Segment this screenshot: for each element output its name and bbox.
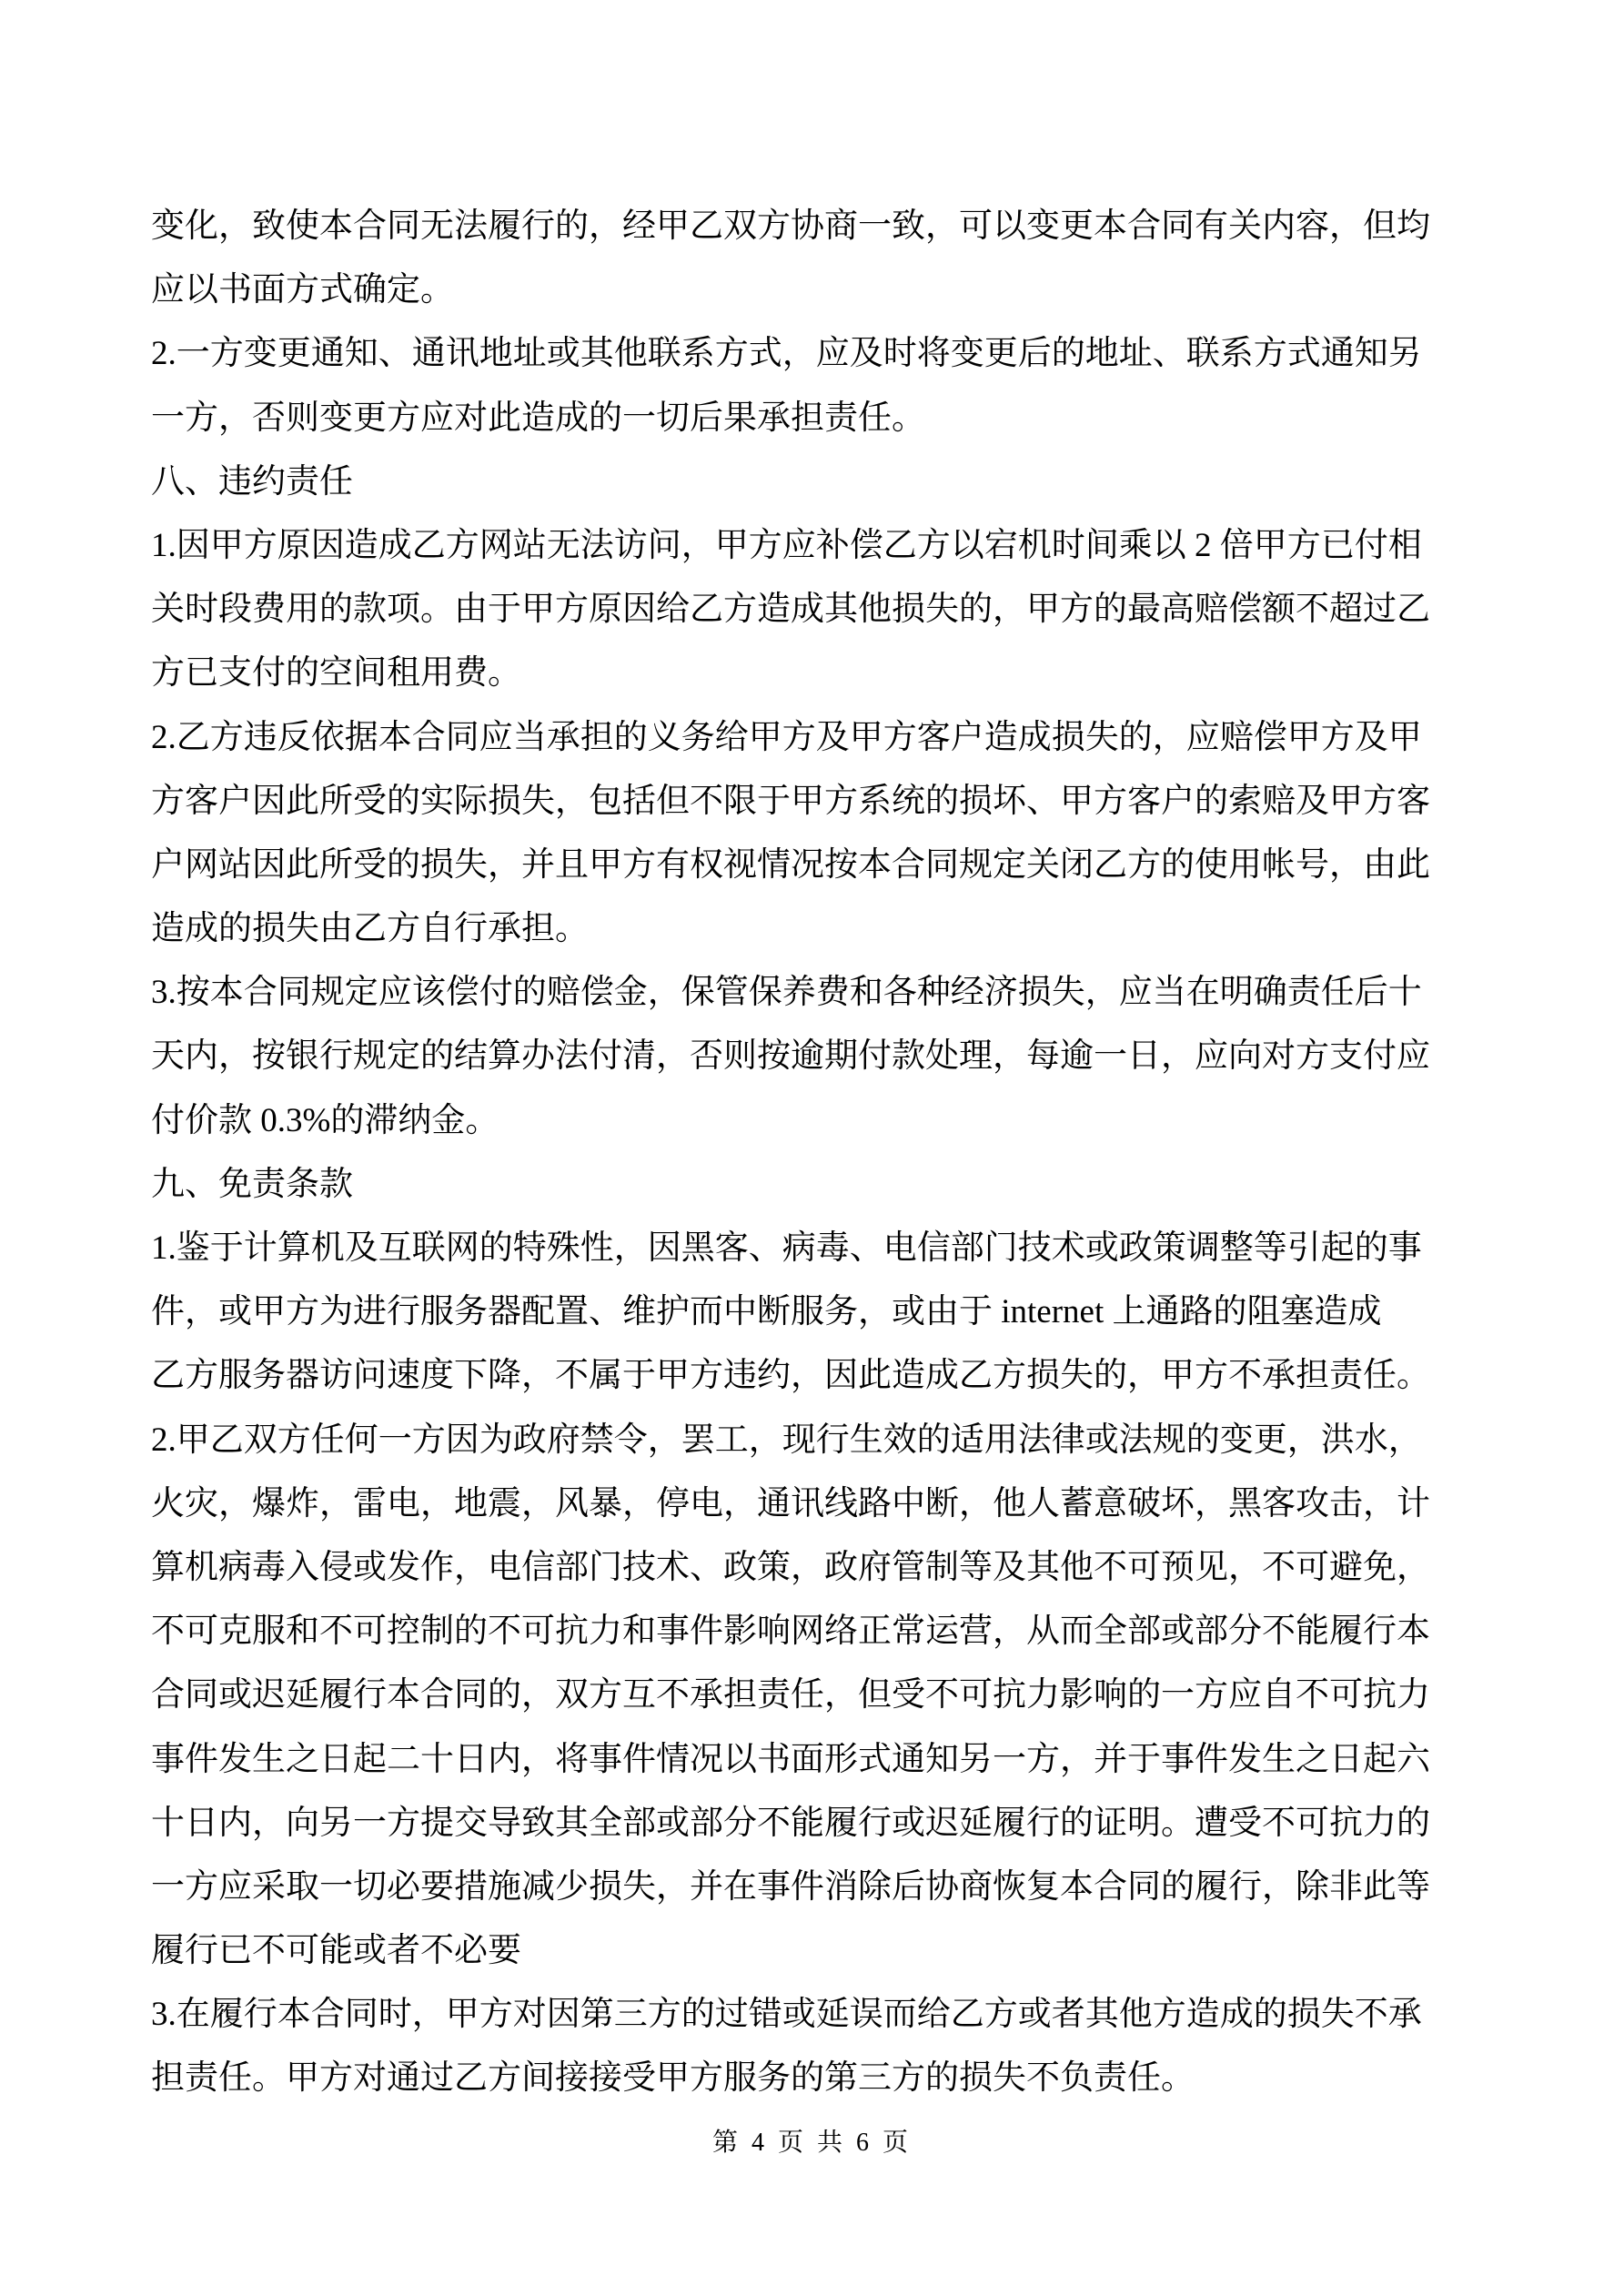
section-heading-breach-liability: 八、违约责任 (151, 450, 1516, 514)
text-line: 付价款 0.3%的滞纳金。 (151, 1089, 1516, 1153)
text-line: 天内，按银行规定的结算办法付清，否则按逾期付款处理，每逾一日，应向对方支付应 (151, 1025, 1516, 1088)
text-line: 十日内，向另一方提交导致其全部或部分不能履行或迟延履行的证明。遭受不可抗力的 (151, 1792, 1516, 1856)
contract-body: 变化，致使本合同无法履行的，经甲乙双方协商一致，可以变更本合同有关内容，但均 应… (151, 195, 1516, 2111)
text-line: 应以书面方式确定。 (151, 258, 1516, 322)
text-line: 件，或甲方为进行服务器配置、维护而中断服务，或由于 internet 上通路的阻… (151, 1280, 1516, 1344)
text-line: 2.一方变更通知、通讯地址或其他联系方式，应及时将变更后的地址、联系方式通知另 (151, 322, 1516, 386)
section-heading-disclaimer: 九、免责条款 (151, 1153, 1516, 1217)
text-line: 方客户因此所受的实际损失，包括但不限于甲方系统的损坏、甲方客户的索赔及甲方客 (151, 770, 1516, 834)
text-line: 户网站因此所受的损失，并且甲方有权视情况按本合同规定关闭乙方的使用帐号，由此 (151, 834, 1516, 897)
text-line: 事件发生之日起二十日内，将事件情况以书面形式通知另一方，并于事件发生之日起六 (151, 1728, 1516, 1792)
contract-page: 变化，致使本合同无法履行的，经甲乙双方协商一致，可以变更本合同有关内容，但均 应… (0, 0, 1624, 2296)
text-line: 2.乙方违反依据本合同应当承担的义务给甲方及甲方客户造成损失的，应赔偿甲方及甲 (151, 706, 1516, 770)
text-line: 算机病毒入侵或发作，电信部门技术、政策，政府管制等及其他不可预见，不可避免， (151, 1536, 1516, 1600)
text-line: 不可克服和不可控制的不可抗力和事件影响网络正常运营，从而全部或部分不能履行本 (151, 1600, 1516, 1664)
text-line: 造成的损失由乙方自行承担。 (151, 897, 1516, 961)
text-line: 1.因甲方原因造成乙方网站无法访问，甲方应补偿乙方以宕机时间乘以 2 倍甲方已付… (151, 514, 1516, 578)
text-line: 2.甲乙双方任何一方因为政府禁令，罢工，现行生效的适用法律或法规的变更，洪水， (151, 1409, 1516, 1472)
page-footer: 第 4 页 共 6 页 (0, 2122, 1624, 2159)
text-line: 合同或迟延履行本合同的，双方互不承担责任，但受不可抗力影响的一方应自不可抗力 (151, 1664, 1516, 1727)
text-line: 一方应采取一切必要措施减少损失，并在事件消除后协商恢复本合同的履行，除非此等 (151, 1856, 1516, 1919)
text-line: 担责任。甲方对通过乙方间接接受甲方服务的第三方的损失不负责任。 (151, 2047, 1516, 2110)
text-line: 关时段费用的款项。由于甲方原因给乙方造成其他损失的，甲方的最高赔偿额不超过乙 (151, 578, 1516, 642)
text-line: 3.在履行本合同时，甲方对因第三方的过错或延误而给乙方或者其他方造成的损失不承 (151, 1983, 1516, 2047)
text-line: 乙方服务器访问速度下降，不属于甲方违约，因此造成乙方损失的，甲方不承担责任。 (151, 1344, 1516, 1408)
text-line: 火灾，爆炸，雷电，地震，风暴，停电，通讯线路中断，他人蓄意破坏，黑客攻击，计 (151, 1472, 1516, 1536)
text-line: 1.鉴于计算机及互联网的特殊性，因黑客、病毒、电信部门技术或政策调整等引起的事 (151, 1217, 1516, 1280)
text-line: 变化，致使本合同无法履行的，经甲乙双方协商一致，可以变更本合同有关内容，但均 (151, 195, 1516, 258)
text-line: 一方，否则变更方应对此造成的一切后果承担责任。 (151, 387, 1516, 450)
text-line: 方已支付的空间租用费。 (151, 642, 1516, 705)
text-line: 3.按本合同规定应该偿付的赔偿金，保管保养费和各种经济损失，应当在明确责任后十 (151, 961, 1516, 1025)
text-line: 履行已不可能或者不必要 (151, 1919, 1516, 1983)
